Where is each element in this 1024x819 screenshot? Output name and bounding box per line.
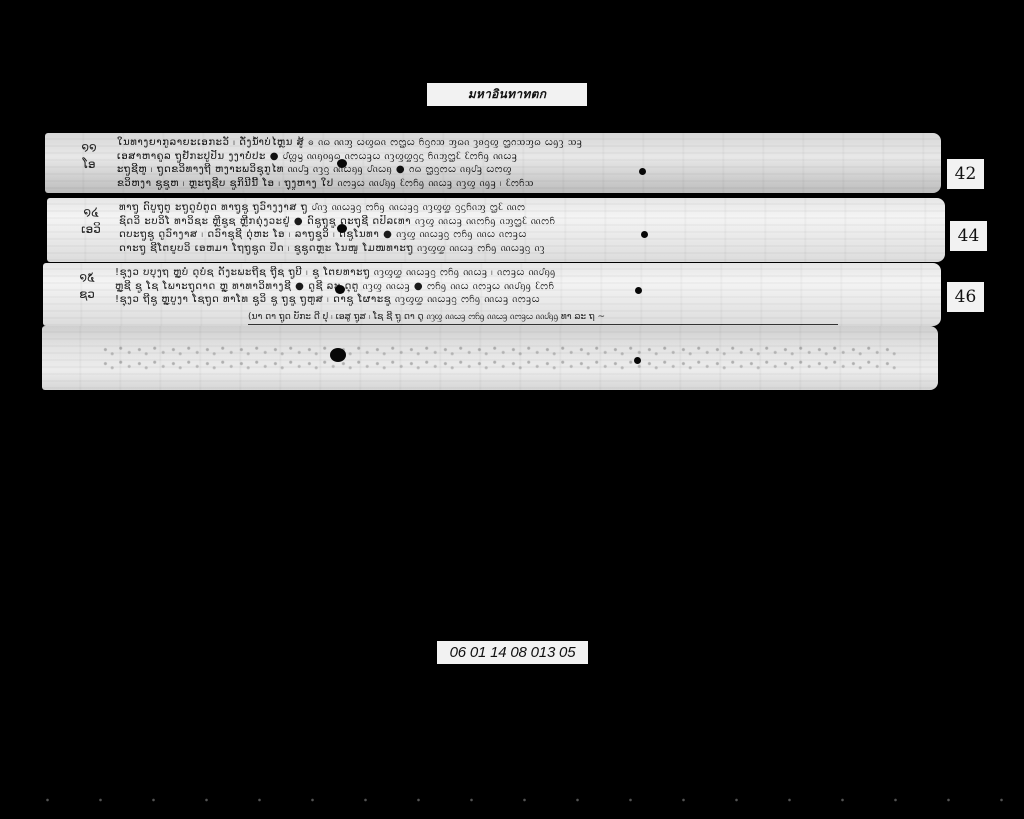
leaf-folio-mark: ເອວິ <box>69 221 113 238</box>
page-number-label: 44 <box>950 221 987 251</box>
film-edge-specks <box>0 795 1024 805</box>
string-hole <box>634 357 641 364</box>
leaf-folio-mark: ໑໑ <box>67 139 111 156</box>
leaf-text: ໃນທາງຍາກູລາຍະເອກະວັ ၊ ດັ່ງນ້ຳບ່ໄຫຼນ ສູ້ … <box>117 136 929 190</box>
leaf-text-line: ດບະຖູຊູ ດູວົາງາສ ၊ ດວົາຊຸຊີ ດຸ່ຫະ ໂອ ၊ ລ… <box>119 228 933 242</box>
leaf-folio-mark: ໑໕ <box>65 269 109 286</box>
leaf-text-line: ຂວິຫງາ ຊູຊູຫ ၊ ຫຼະຖຸຊີບ ຊູກິນີນີ້ ໂອ ၊ ຖ… <box>117 177 929 191</box>
palm-leaf-3: ໑໕ ຊວ !ຊຸງວ ບບຸງຖ ຫຼູບໍ ດຸບໍຊ ດັງະພະຖີຊ … <box>43 263 941 326</box>
string-hole <box>641 231 648 238</box>
page-number-label: 46 <box>947 282 984 312</box>
palm-leaf-2: ໑໔ ເອວິ ທາຖູ ດົບູຖຸຕູ ະຖູດູບໍຕູດ ທາຖູຊູ … <box>47 198 945 262</box>
leaf-text-line: !ຊຸງວ ຖີຊູ ຫຼູບູງາ ໂຊຖູດ ທາໂທ ຊູວິ ຊູ ຖູ… <box>115 293 929 307</box>
manuscript-title-label: มหาอินทาทตก <box>427 83 587 106</box>
palm-leaf-4-blank <box>42 326 938 390</box>
palm-leaf-1: ໑໑ ໂອ ໃນທາງຍາກູລາຍະເອກະວັ ၊ ດັ່ງນ້ຳບ່ໄຫຼ… <box>45 133 941 193</box>
leaf-text-line: ໃນທາງຍາກູລາຍະເອກະວັ ၊ ດັ່ງນ້ຳບ່ໄຫຼນ ສູ້ … <box>117 136 929 150</box>
leaf-text-line: !ຊຸງວ ບບຸງຖ ຫຼູບໍ ດຸບໍຊ ດັງະພະຖີຊ ຖຸີຊ ຖ… <box>115 266 929 280</box>
string-hole <box>335 285 345 294</box>
string-hole <box>635 287 642 294</box>
leaf-text-line: ະຖູຊີຫູ ၊ ຖູດຂວິທາງຖີ ຫງາະພວິຊຸກູໄທ ᦶᦔᦃ … <box>117 163 929 177</box>
leaf-margin-marks: ໑໕ ຊວ <box>65 269 109 303</box>
leaf-text-line: ເອສາຫາຄູລ ຖູຢັກະປູປັນ ງງາບໍ່ປະ ● ᦔᦜᦙ ᦶᦏᦞ… <box>117 150 929 164</box>
leaf-text: ທາຖູ ດົບູຖຸຕູ ະຖູດູບໍຕູດ ທາຖູຊູ ຖູວົາງງາ… <box>119 201 933 255</box>
leaf-margin-marks: ໑໔ ເອວິ <box>69 204 113 238</box>
string-hole <box>639 168 646 175</box>
leaf-text-line: ຊົດວິ ະບວິໂ ທາວິຊະ ຫຼີຊູຊ ຫຼີກຄຸ່ງວະຢູ່ … <box>119 215 933 229</box>
leaf-colophon-line: (ນາ ດາ ຖູດ ບັກະ ດີ ປຸ ၊ ເອສູ ຖູສ ၊ ໂຊ ຊີ… <box>248 311 838 325</box>
string-hole <box>337 159 347 168</box>
leaf-folio-mark: ຊວ <box>65 286 109 303</box>
leaf-folio-mark: ໑໔ <box>69 204 113 221</box>
string-hole <box>330 348 346 362</box>
leaf-text: !ຊຸງວ ບບຸງຖ ຫຼູບໍ ດຸບໍຊ ດັງະພະຖີຊ ຖຸີຊ ຖ… <box>115 266 929 307</box>
film-id-label: 06 01 14 08 013 05 <box>437 641 588 664</box>
page-number-label: 42 <box>947 159 984 189</box>
leaf-margin-marks: ໑໑ ໂອ <box>67 139 111 173</box>
leaf-folio-mark: ໂອ <box>67 156 111 173</box>
leaf-text-line: ທາຖູ ດົບູຖຸຕູ ະຖູດູບໍຕູດ ທາຖູຊູ ຖູວົາງງາ… <box>119 201 933 215</box>
leaf-text-line: ດາະຖູ ຊີໂຕຍູບວິ ເອຫມາ ໂຖຖູຊູດ ປຶດ ၊ ຊູຊູ… <box>119 242 933 256</box>
string-hole <box>337 224 347 233</box>
leaf-text-line: ຫຼູຊີ ຊູ ໂຊ ໂພາະຖຸດາດ ຫຼູ ທາທາວິທາງຊີ ● … <box>115 280 929 294</box>
leaf-texture <box>102 344 898 374</box>
